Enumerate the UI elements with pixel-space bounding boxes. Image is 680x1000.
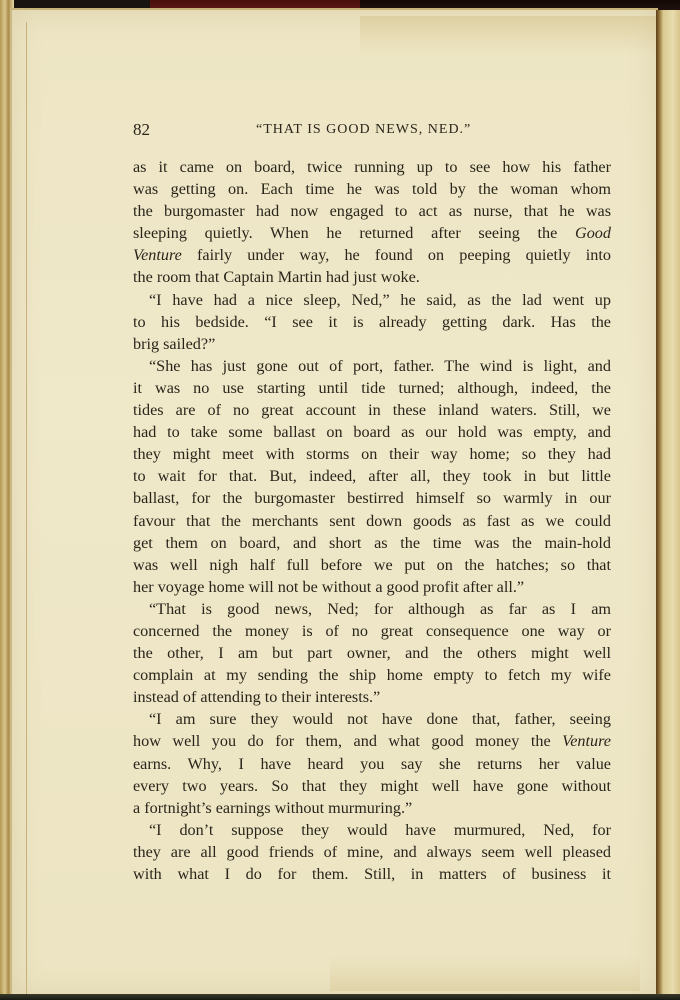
text-line: it was no use starting until tide turned… (133, 377, 611, 399)
line-text: to his bedside. “I see it is already get… (133, 313, 611, 331)
text-line: “I am sure they would not have done that… (133, 708, 611, 730)
body-text: as it came on board, twice running up to… (133, 156, 611, 885)
text-line: complain at my sending the ship home emp… (133, 664, 611, 686)
line-text: her voyage home will not be without a go… (133, 578, 524, 596)
line-text: the burgomaster had now engaged to act a… (133, 202, 611, 220)
page-stack-right-edge (656, 10, 680, 1000)
line-text: how well you do for them, and what good … (133, 732, 562, 750)
page-bottom-stain (330, 955, 640, 991)
line-text: instead of attending to their interests.… (133, 688, 380, 706)
line-text: it was no use starting until tide turned… (133, 379, 611, 397)
line-text: get them on board, and short as the time… (133, 534, 611, 552)
text-line: instead of attending to their interests.… (133, 686, 611, 708)
running-head: “THAT IS GOOD NEWS, NED.” (256, 122, 471, 138)
line-text: a fortnight’s earnings without murmuring… (133, 799, 412, 817)
line-text: ballast, for the burgomaster bestirred h… (133, 489, 611, 507)
line-text: sleeping quietly. When he returned after… (133, 224, 575, 242)
text-line: ballast, for the burgomaster bestirred h… (133, 487, 611, 509)
line-text: “She has just gone out of port, father. … (149, 357, 611, 375)
text-line: how well you do for them, and what good … (133, 730, 611, 752)
text-line: brig sailed?” (133, 333, 611, 355)
text-line: was getting on. Each time he was told by… (133, 178, 611, 200)
text-line: tides are of no great account in these i… (133, 399, 611, 421)
text-line: “I have had a nice sleep, Ned,” he said,… (133, 289, 611, 311)
text-line: favour that the merchants sent down good… (133, 510, 611, 532)
line-text: the room that Captain Martin had just wo… (133, 268, 420, 286)
page-fold-line (26, 22, 27, 998)
line-text: they might meet with storms on their way… (133, 445, 611, 463)
line-text: “I am sure they would not have done that… (149, 710, 611, 728)
line-text: to wait for that. But, indeed, after all… (133, 467, 611, 485)
text-line: as it came on board, twice running up to… (133, 156, 611, 178)
ship-name-italic: Good (575, 224, 611, 242)
line-text: was getting on. Each time he was told by… (133, 180, 611, 198)
line-text: was well nigh half full before we put on… (133, 556, 611, 574)
line-text: fairly under way, he found on peeping qu… (182, 246, 611, 264)
line-text: had to take some ballast on board as our… (133, 423, 611, 441)
ship-name-italic: Venture (133, 246, 182, 264)
text-line: with what I do for them. Still, in matte… (133, 863, 611, 885)
line-text: favour that the merchants sent down good… (133, 512, 611, 530)
text-line: sleeping quietly. When he returned after… (133, 222, 611, 244)
text-line: her voyage home will not be without a go… (133, 576, 611, 598)
line-text: complain at my sending the ship home emp… (133, 666, 611, 684)
line-text: the other, I am but part owner, and the … (133, 644, 611, 662)
text-line: had to take some ballast on board as our… (133, 421, 611, 443)
line-text: “That is good news, Ned; for although as… (149, 600, 611, 618)
scanned-book-page: 82 “THAT IS GOOD NEWS, NED.” as it came … (0, 0, 680, 1000)
line-text: with what I do for them. Still, in matte… (133, 865, 611, 883)
text-line: to wait for that. But, indeed, after all… (133, 465, 611, 487)
text-line: they are all good friends of mine, and a… (133, 841, 611, 863)
text-line: concerned the money is of no great conse… (133, 620, 611, 642)
page-top-stain (360, 16, 656, 56)
line-text: “I have had a nice sleep, Ned,” he said,… (149, 291, 611, 309)
text-line: the room that Captain Martin had just wo… (133, 266, 611, 288)
text-line: the other, I am but part owner, and the … (133, 642, 611, 664)
page-number: 82 (133, 120, 150, 140)
line-text: they are all good friends of mine, and a… (133, 843, 611, 861)
page-header: 82 “THAT IS GOOD NEWS, NED.” (133, 120, 613, 144)
line-text: concerned the money is of no great conse… (133, 622, 611, 640)
text-line: was well nigh half full before we put on… (133, 554, 611, 576)
line-text: earns. Why, I have heard you say she ret… (133, 755, 611, 773)
text-line: every two years. So that they might well… (133, 775, 611, 797)
text-line: “That is good news, Ned; for although as… (133, 598, 611, 620)
line-text: brig sailed?” (133, 335, 215, 353)
text-line: “I don’t suppose they would have murmure… (133, 819, 611, 841)
line-text: every two years. So that they might well… (133, 777, 611, 795)
line-text: “I don’t suppose they would have murmure… (149, 821, 611, 839)
line-text: as it came on board, twice running up to… (133, 158, 611, 176)
text-line: earns. Why, I have heard you say she ret… (133, 753, 611, 775)
line-text: tides are of no great account in these i… (133, 401, 611, 419)
text-line: a fortnight’s earnings without murmuring… (133, 797, 611, 819)
ship-name-italic: Venture (562, 732, 611, 750)
background-bottom (0, 994, 680, 1000)
text-line: they might meet with storms on their way… (133, 443, 611, 465)
text-line: “She has just gone out of port, father. … (133, 355, 611, 377)
text-line: Venture fairly under way, he found on pe… (133, 244, 611, 266)
text-line: to his bedside. “I see it is already get… (133, 311, 611, 333)
text-line: get them on board, and short as the time… (133, 532, 611, 554)
text-line: the burgomaster had now engaged to act a… (133, 200, 611, 222)
